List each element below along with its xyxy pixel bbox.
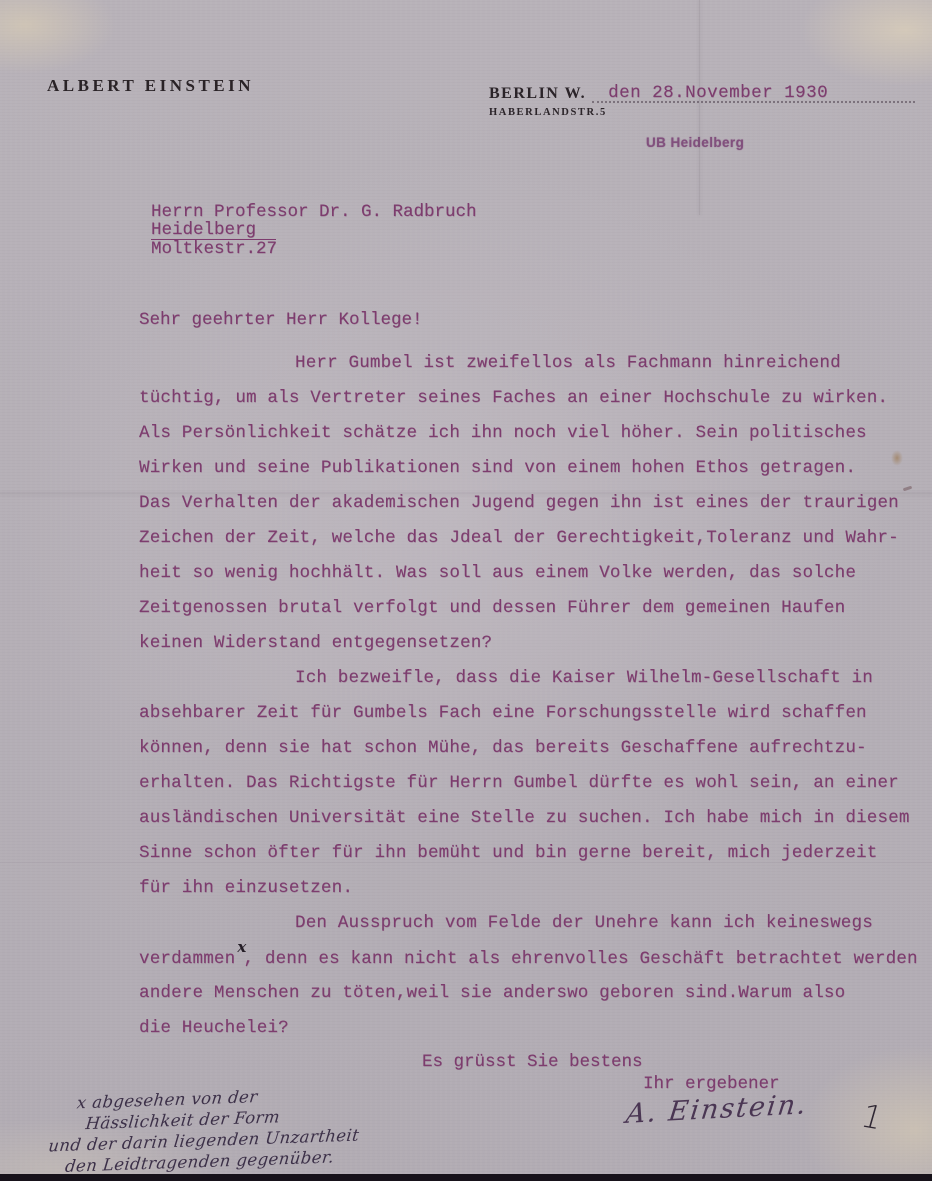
typed-line: Ich bezweifle, dass die Kaiser Wilhelm-G… bbox=[139, 661, 931, 696]
recipient-city: Heidelberg bbox=[151, 221, 276, 240]
handwritten-signature: A. Einstein. bbox=[624, 1089, 809, 1130]
letter-scan: ALBERT EINSTEIN BERLIN W. den 28.Novembe… bbox=[0, 0, 932, 1181]
letterhead-name: ALBERT EINSTEIN bbox=[47, 76, 254, 96]
typed-line: Zeitgenossen brutal verfolgt und dessen … bbox=[139, 591, 931, 626]
letter-body: Herr Gumbel ist zweifellos als Fachmann … bbox=[139, 346, 931, 1046]
handwritten-footnote: x abgesehen von derHässlichkeit der Form… bbox=[47, 1083, 361, 1178]
typed-line: Wirken und seine Publikationen sind von … bbox=[139, 451, 931, 486]
paper-fold-line bbox=[0, 862, 932, 863]
typed-line: andere Menschen zu töten,weil sie anders… bbox=[139, 976, 931, 1011]
handwritten-insertion-mark: x bbox=[237, 938, 246, 956]
typed-line: absehbarer Zeit für Gumbels Fach eine Fo… bbox=[139, 696, 931, 731]
typed-line: erhalten. Das Richtigste für Herrn Gumbe… bbox=[139, 766, 931, 801]
paper-crease-vertical bbox=[699, 0, 700, 215]
typed-line: Sinne schon öfter für ihn bemüht und bin… bbox=[139, 836, 931, 871]
salutation: Sehr geehrter Herr Kollege! bbox=[139, 310, 423, 330]
date-line: den 28.November 1930 bbox=[592, 80, 915, 103]
typed-line: ausländischen Universität eine Stelle zu… bbox=[139, 801, 931, 836]
letterhead-street: HABERLANDSTR.5 bbox=[489, 107, 915, 118]
typed-line: Als Persönlichkeit schätze ich ihn noch … bbox=[139, 416, 931, 451]
paper-fold-line bbox=[0, 492, 932, 494]
paragraph-2: Ich bezweifle, dass die Kaiser Wilhelm-G… bbox=[139, 661, 931, 906]
typed-line: heit so wenig hochhält. Was soll aus ein… bbox=[139, 556, 931, 591]
typed-line: keinen Widerstand entgegensetzen? bbox=[139, 626, 931, 661]
recipient-address: Herrn Professor Dr. G. Radbruch Heidelbe… bbox=[151, 203, 477, 258]
library-stamp: UB Heidelberg bbox=[646, 135, 744, 150]
scan-edge-shadow bbox=[0, 1174, 932, 1181]
typed-date: den 28.November 1930 bbox=[608, 83, 828, 103]
typed-segment: verdammen bbox=[139, 949, 235, 969]
recipient-street: Moltkestr.27 bbox=[151, 240, 477, 258]
letterhead-city: BERLIN W. bbox=[489, 85, 586, 103]
paragraph-1: Herr Gumbel ist zweifellos als Fachmann … bbox=[139, 346, 931, 661]
typed-line: tüchtig, um als Vertreter seines Faches … bbox=[139, 381, 931, 416]
paper-stain bbox=[891, 450, 903, 466]
typed-line: Herr Gumbel ist zweifellos als Fachmann … bbox=[139, 346, 931, 381]
letterhead-address-block: BERLIN W. den 28.November 1930 HABERLAND… bbox=[489, 80, 915, 118]
typed-line: für ihn einzusetzen. bbox=[139, 871, 931, 906]
paragraph-3: Den Ausspruch vom Felde der Unehre kann … bbox=[139, 906, 931, 1046]
recipient-name: Herrn Professor Dr. G. Radbruch bbox=[151, 203, 477, 221]
archival-page-number: 1 bbox=[857, 1097, 888, 1137]
typed-line: verdammenx, denn es kann nicht als ehren… bbox=[139, 941, 931, 976]
typed-segment: , denn es kann nicht als ehrenvolles Ges… bbox=[243, 949, 917, 969]
typed-line: die Heuchelei? bbox=[139, 1011, 931, 1046]
typed-line: Den Ausspruch vom Felde der Unehre kann … bbox=[139, 906, 931, 941]
typed-line: Zeichen der Zeit, welche das Jdeal der G… bbox=[139, 521, 931, 556]
typed-line: können, denn sie hat schon Mühe, das ber… bbox=[139, 731, 931, 766]
closing-greeting: Es grüsst Sie bestens bbox=[422, 1052, 643, 1072]
